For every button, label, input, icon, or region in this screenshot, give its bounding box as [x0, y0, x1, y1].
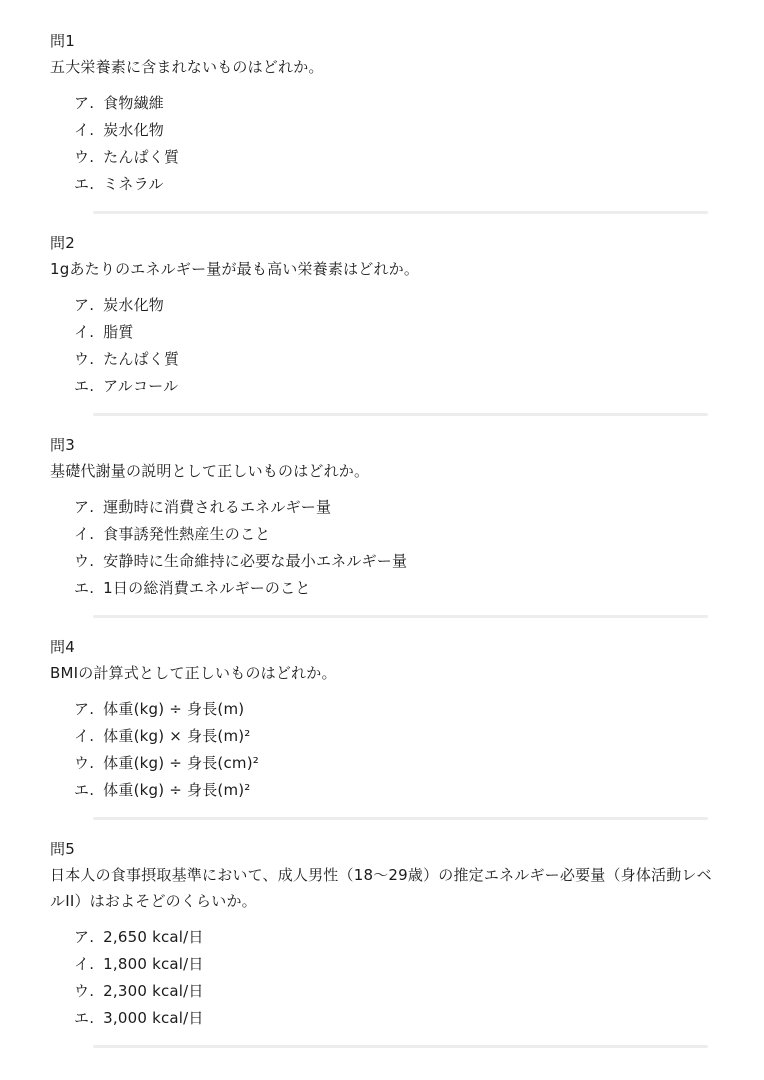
quiz-document-page: 問1 五大栄養素に含まれないものはどれか。 ア.食物繊維 イ.炭水化物 ウ.たん…	[0, 0, 764, 1048]
option-text: アルコール	[103, 377, 178, 395]
option-text: 運動時に消費されるエネルギー量	[103, 498, 331, 516]
section-divider	[93, 615, 708, 618]
option-row: エ.ミネラル	[74, 171, 714, 198]
section-divider	[93, 1045, 708, 1048]
option-row: ウ.安静時に生命維持に必要な最小エネルギー量	[74, 548, 714, 575]
option-text: 炭水化物	[103, 121, 164, 139]
options-list: ア.体重(kg) ÷ 身長(m) イ.体重(kg) × 身長(m)² ウ.体重(…	[50, 696, 714, 804]
option-text: 炭水化物	[103, 296, 164, 314]
question-text: 1gあたりのエネルギー量が最も高い栄養素はどれか。	[50, 256, 714, 282]
question-number: 問2	[50, 232, 714, 254]
section-divider	[93, 211, 708, 214]
option-marker: エ.	[74, 1005, 94, 1032]
option-row: エ.体重(kg) ÷ 身長(m)²	[74, 777, 714, 804]
option-marker: イ.	[74, 521, 94, 548]
option-row: エ.アルコール	[74, 373, 714, 400]
option-text: 体重(kg) ÷ 身長(m)²	[103, 781, 250, 799]
option-row: ア.運動時に消費されるエネルギー量	[74, 494, 714, 521]
option-marker: イ.	[74, 723, 94, 750]
question-number: 問3	[50, 434, 714, 456]
option-marker: ア.	[74, 292, 94, 319]
options-list: ア.食物繊維 イ.炭水化物 ウ.たんぱく質 エ.ミネラル	[50, 90, 714, 198]
option-text: 1日の総消費エネルギーのこと	[103, 579, 310, 597]
option-text: 3,000 kcal/日	[103, 1009, 203, 1027]
option-marker: ウ.	[74, 346, 94, 373]
option-text: 1,800 kcal/日	[103, 955, 203, 973]
option-marker: ウ.	[74, 750, 94, 777]
option-marker: ア.	[74, 924, 94, 951]
question-block-5: 問5 日本人の食事摂取基準において、成人男性（18〜29歳）の推定エネルギー必要…	[50, 838, 714, 1048]
option-row: ウ.2,300 kcal/日	[74, 978, 714, 1005]
option-text: 脂質	[103, 323, 133, 341]
option-marker: ウ.	[74, 144, 94, 171]
option-text: 体重(kg) ÷ 身長(m)	[103, 700, 244, 718]
option-text: ミネラル	[103, 175, 163, 193]
question-number: 問5	[50, 838, 714, 860]
option-row: ア.体重(kg) ÷ 身長(m)	[74, 696, 714, 723]
question-text: BMIの計算式として正しいものはどれか。	[50, 660, 714, 686]
option-row: ア.2,650 kcal/日	[74, 924, 714, 951]
option-row: イ.体重(kg) × 身長(m)²	[74, 723, 714, 750]
question-block-4: 問4 BMIの計算式として正しいものはどれか。 ア.体重(kg) ÷ 身長(m)…	[50, 636, 714, 820]
option-marker: ア.	[74, 494, 94, 521]
option-text: 食物繊維	[103, 94, 164, 112]
option-marker: ア.	[74, 90, 94, 117]
option-marker: イ.	[74, 951, 94, 978]
question-block-2: 問2 1gあたりのエネルギー量が最も高い栄養素はどれか。 ア.炭水化物 イ.脂質…	[50, 232, 714, 416]
option-marker: エ.	[74, 171, 94, 198]
option-text: 安静時に生命維持に必要な最小エネルギー量	[103, 552, 407, 570]
option-text: 食事誘発性熱産生のこと	[103, 525, 270, 543]
option-row: ウ.たんぱく質	[74, 144, 714, 171]
option-text: 2,650 kcal/日	[103, 928, 203, 946]
option-text: たんぱく質	[103, 350, 179, 368]
question-block-3: 問3 基礎代謝量の説明として正しいものはどれか。 ア.運動時に消費されるエネルギ…	[50, 434, 714, 618]
option-text: たんぱく質	[103, 148, 179, 166]
options-list: ア.炭水化物 イ.脂質 ウ.たんぱく質 エ.アルコール	[50, 292, 714, 400]
option-row: エ.1日の総消費エネルギーのこと	[74, 575, 714, 602]
option-marker: エ.	[74, 373, 94, 400]
question-block-1: 問1 五大栄養素に含まれないものはどれか。 ア.食物繊維 イ.炭水化物 ウ.たん…	[50, 30, 714, 214]
option-row: ア.炭水化物	[74, 292, 714, 319]
question-number: 問4	[50, 636, 714, 658]
option-row: ア.食物繊維	[74, 90, 714, 117]
option-row: ウ.体重(kg) ÷ 身長(cm)²	[74, 750, 714, 777]
option-row: イ.脂質	[74, 319, 714, 346]
option-row: イ.炭水化物	[74, 117, 714, 144]
options-list: ア.2,650 kcal/日 イ.1,800 kcal/日 ウ.2,300 kc…	[50, 924, 714, 1032]
option-marker: エ.	[74, 575, 94, 602]
option-marker: ア.	[74, 696, 94, 723]
question-number: 問1	[50, 30, 714, 52]
option-marker: イ.	[74, 319, 94, 346]
question-text: 基礎代謝量の説明として正しいものはどれか。	[50, 458, 714, 484]
option-text: 体重(kg) × 身長(m)²	[103, 727, 250, 745]
option-row: イ.食事誘発性熱産生のこと	[74, 521, 714, 548]
option-text: 2,300 kcal/日	[103, 982, 203, 1000]
option-marker: エ.	[74, 777, 94, 804]
options-list: ア.運動時に消費されるエネルギー量 イ.食事誘発性熱産生のこと ウ.安静時に生命…	[50, 494, 714, 602]
option-marker: イ.	[74, 117, 94, 144]
section-divider	[93, 817, 708, 820]
option-marker: ウ.	[74, 548, 94, 575]
option-row: イ.1,800 kcal/日	[74, 951, 714, 978]
option-text: 体重(kg) ÷ 身長(cm)²	[103, 754, 259, 772]
option-marker: ウ.	[74, 978, 94, 1005]
section-divider	[93, 413, 708, 416]
option-row: ウ.たんぱく質	[74, 346, 714, 373]
option-row: エ.3,000 kcal/日	[74, 1005, 714, 1032]
question-text: 日本人の食事摂取基準において、成人男性（18〜29歳）の推定エネルギー必要量（身…	[50, 862, 714, 914]
question-text: 五大栄養素に含まれないものはどれか。	[50, 54, 714, 80]
